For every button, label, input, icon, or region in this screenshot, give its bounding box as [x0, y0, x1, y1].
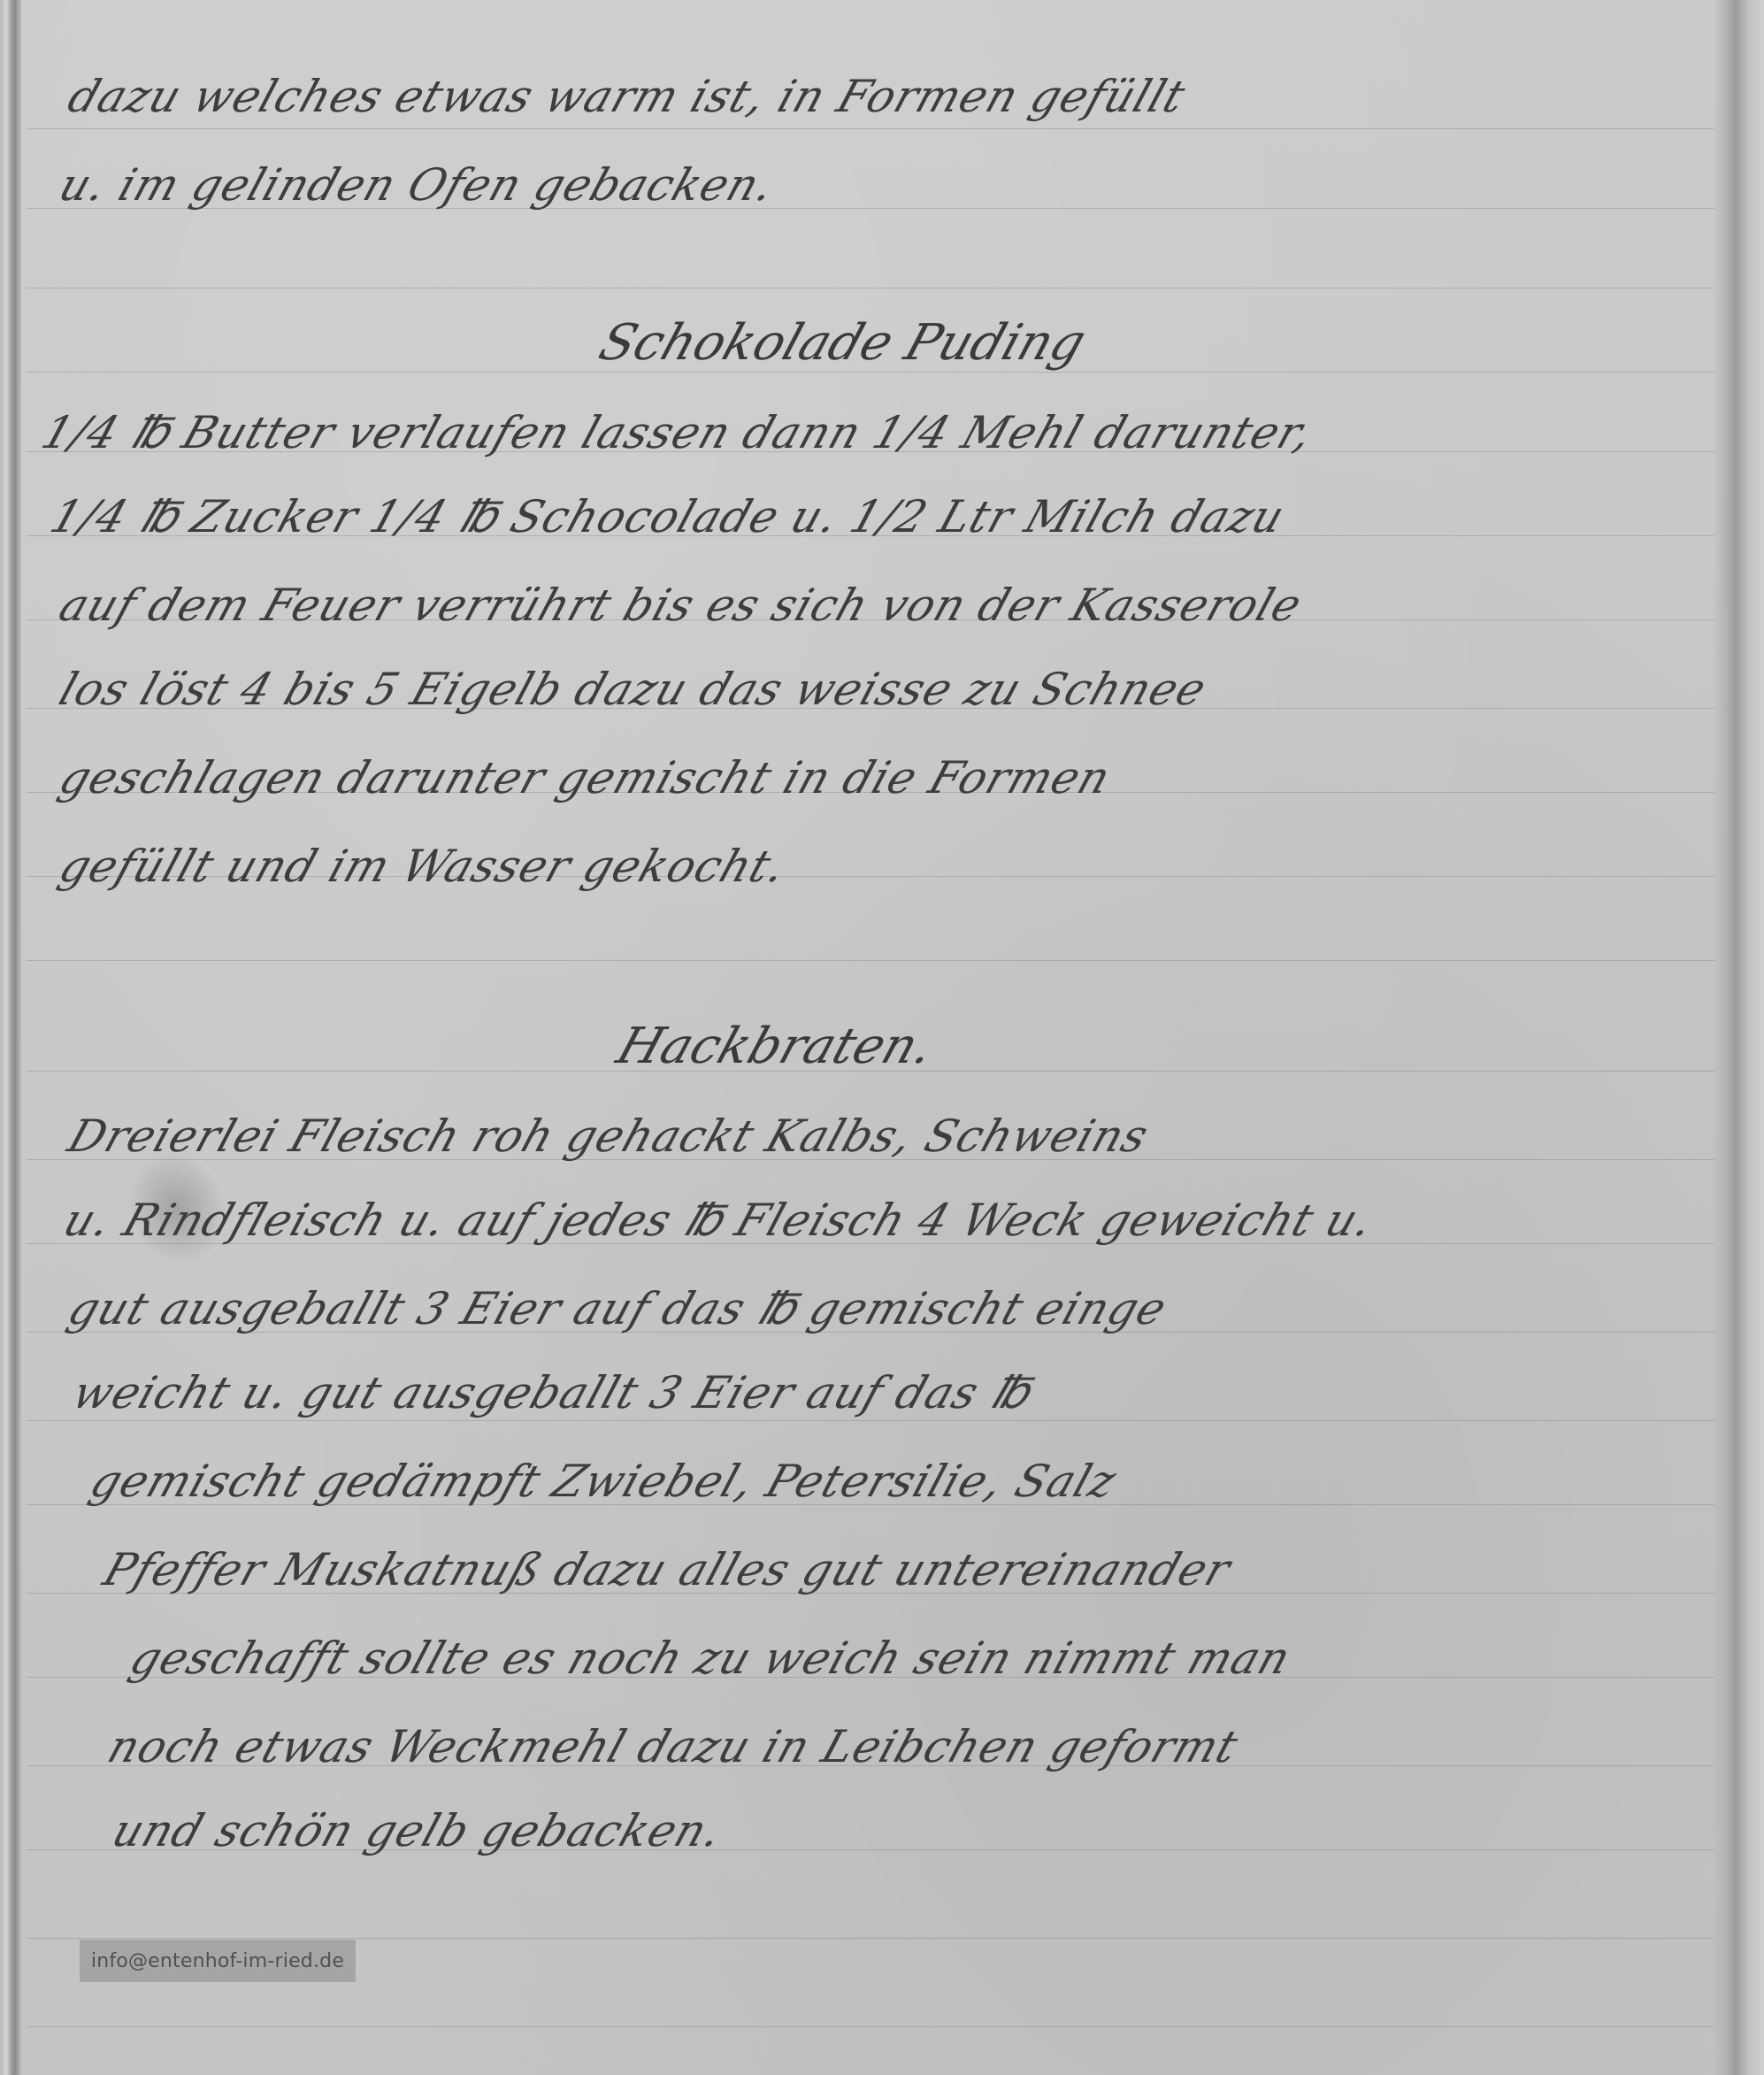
rule-line: [27, 1938, 1714, 1939]
handwritten-line: u. im gelinden Ofen gebacken.: [53, 159, 781, 211]
rule-line: [27, 2026, 1714, 2027]
handwritten-line: gefüllt und im Wasser gekocht.: [53, 841, 793, 892]
rule-line: [27, 1420, 1714, 1421]
handwritten-line: gut ausgeballt 3 Eier auf das ℔ gemischt…: [62, 1283, 1173, 1334]
watermark: info@entenhof-im-ried.de: [80, 1940, 356, 1982]
handwritten-line: geschlagen darunter gemischt in die Form…: [53, 752, 1117, 803]
watermark-email: info@entenhof-im-ried.de: [91, 1950, 344, 1972]
handwritten-line: 1/4 ℔ Butter verlaufen lassen dann 1/4 M…: [35, 407, 1320, 458]
handwritten-line: auf dem Feuer verrührt bis es sich von d…: [53, 580, 1308, 631]
rule-line: [27, 128, 1714, 129]
rule-line: [27, 288, 1714, 288]
handwritten-line: weicht u. gut ausgeballt 3 Eier auf das …: [66, 1367, 1038, 1418]
page-gutter-shadow: [1713, 0, 1764, 2075]
page-binding-left: [0, 0, 21, 2075]
handwritten-line: Pfeffer Muskatnuß dazu alles gut unterei…: [97, 1544, 1238, 1595]
rule-line: [27, 960, 1714, 961]
notebook-page: dazu welches etwas warm ist, in Formen g…: [0, 0, 1764, 2075]
handwritten-line: gemischt gedämpft Zwiebel, Petersilie, S…: [84, 1456, 1124, 1507]
handwritten-line: Dreierlei Fleisch roh gehackt Kalbs, Sch…: [62, 1111, 1155, 1162]
rule-line: [27, 372, 1714, 373]
handwritten-line: u. Rindfleisch u. auf jedes ℔ Fleisch 4 …: [58, 1195, 1380, 1246]
handwritten-line: dazu welches etwas warm ist, in Formen g…: [62, 71, 1193, 122]
handwritten-line: und schön gelb gebacken.: [106, 1805, 729, 1856]
recipe-title: Schokolade Puding: [592, 314, 1093, 372]
recipe-title: Hackbraten.: [610, 1018, 940, 1075]
handwritten-line: noch etwas Weckmehl dazu in Leibchen gef…: [102, 1721, 1245, 1772]
handwritten-line: los löst 4 bis 5 Eigelb dazu das weisse …: [53, 664, 1213, 715]
handwritten-line: 1/4 ℔ Zucker 1/4 ℔ Schocolade u. 1/2 Ltr…: [44, 491, 1292, 542]
handwritten-line: geschafft sollte es noch zu weich sein n…: [124, 1633, 1298, 1684]
